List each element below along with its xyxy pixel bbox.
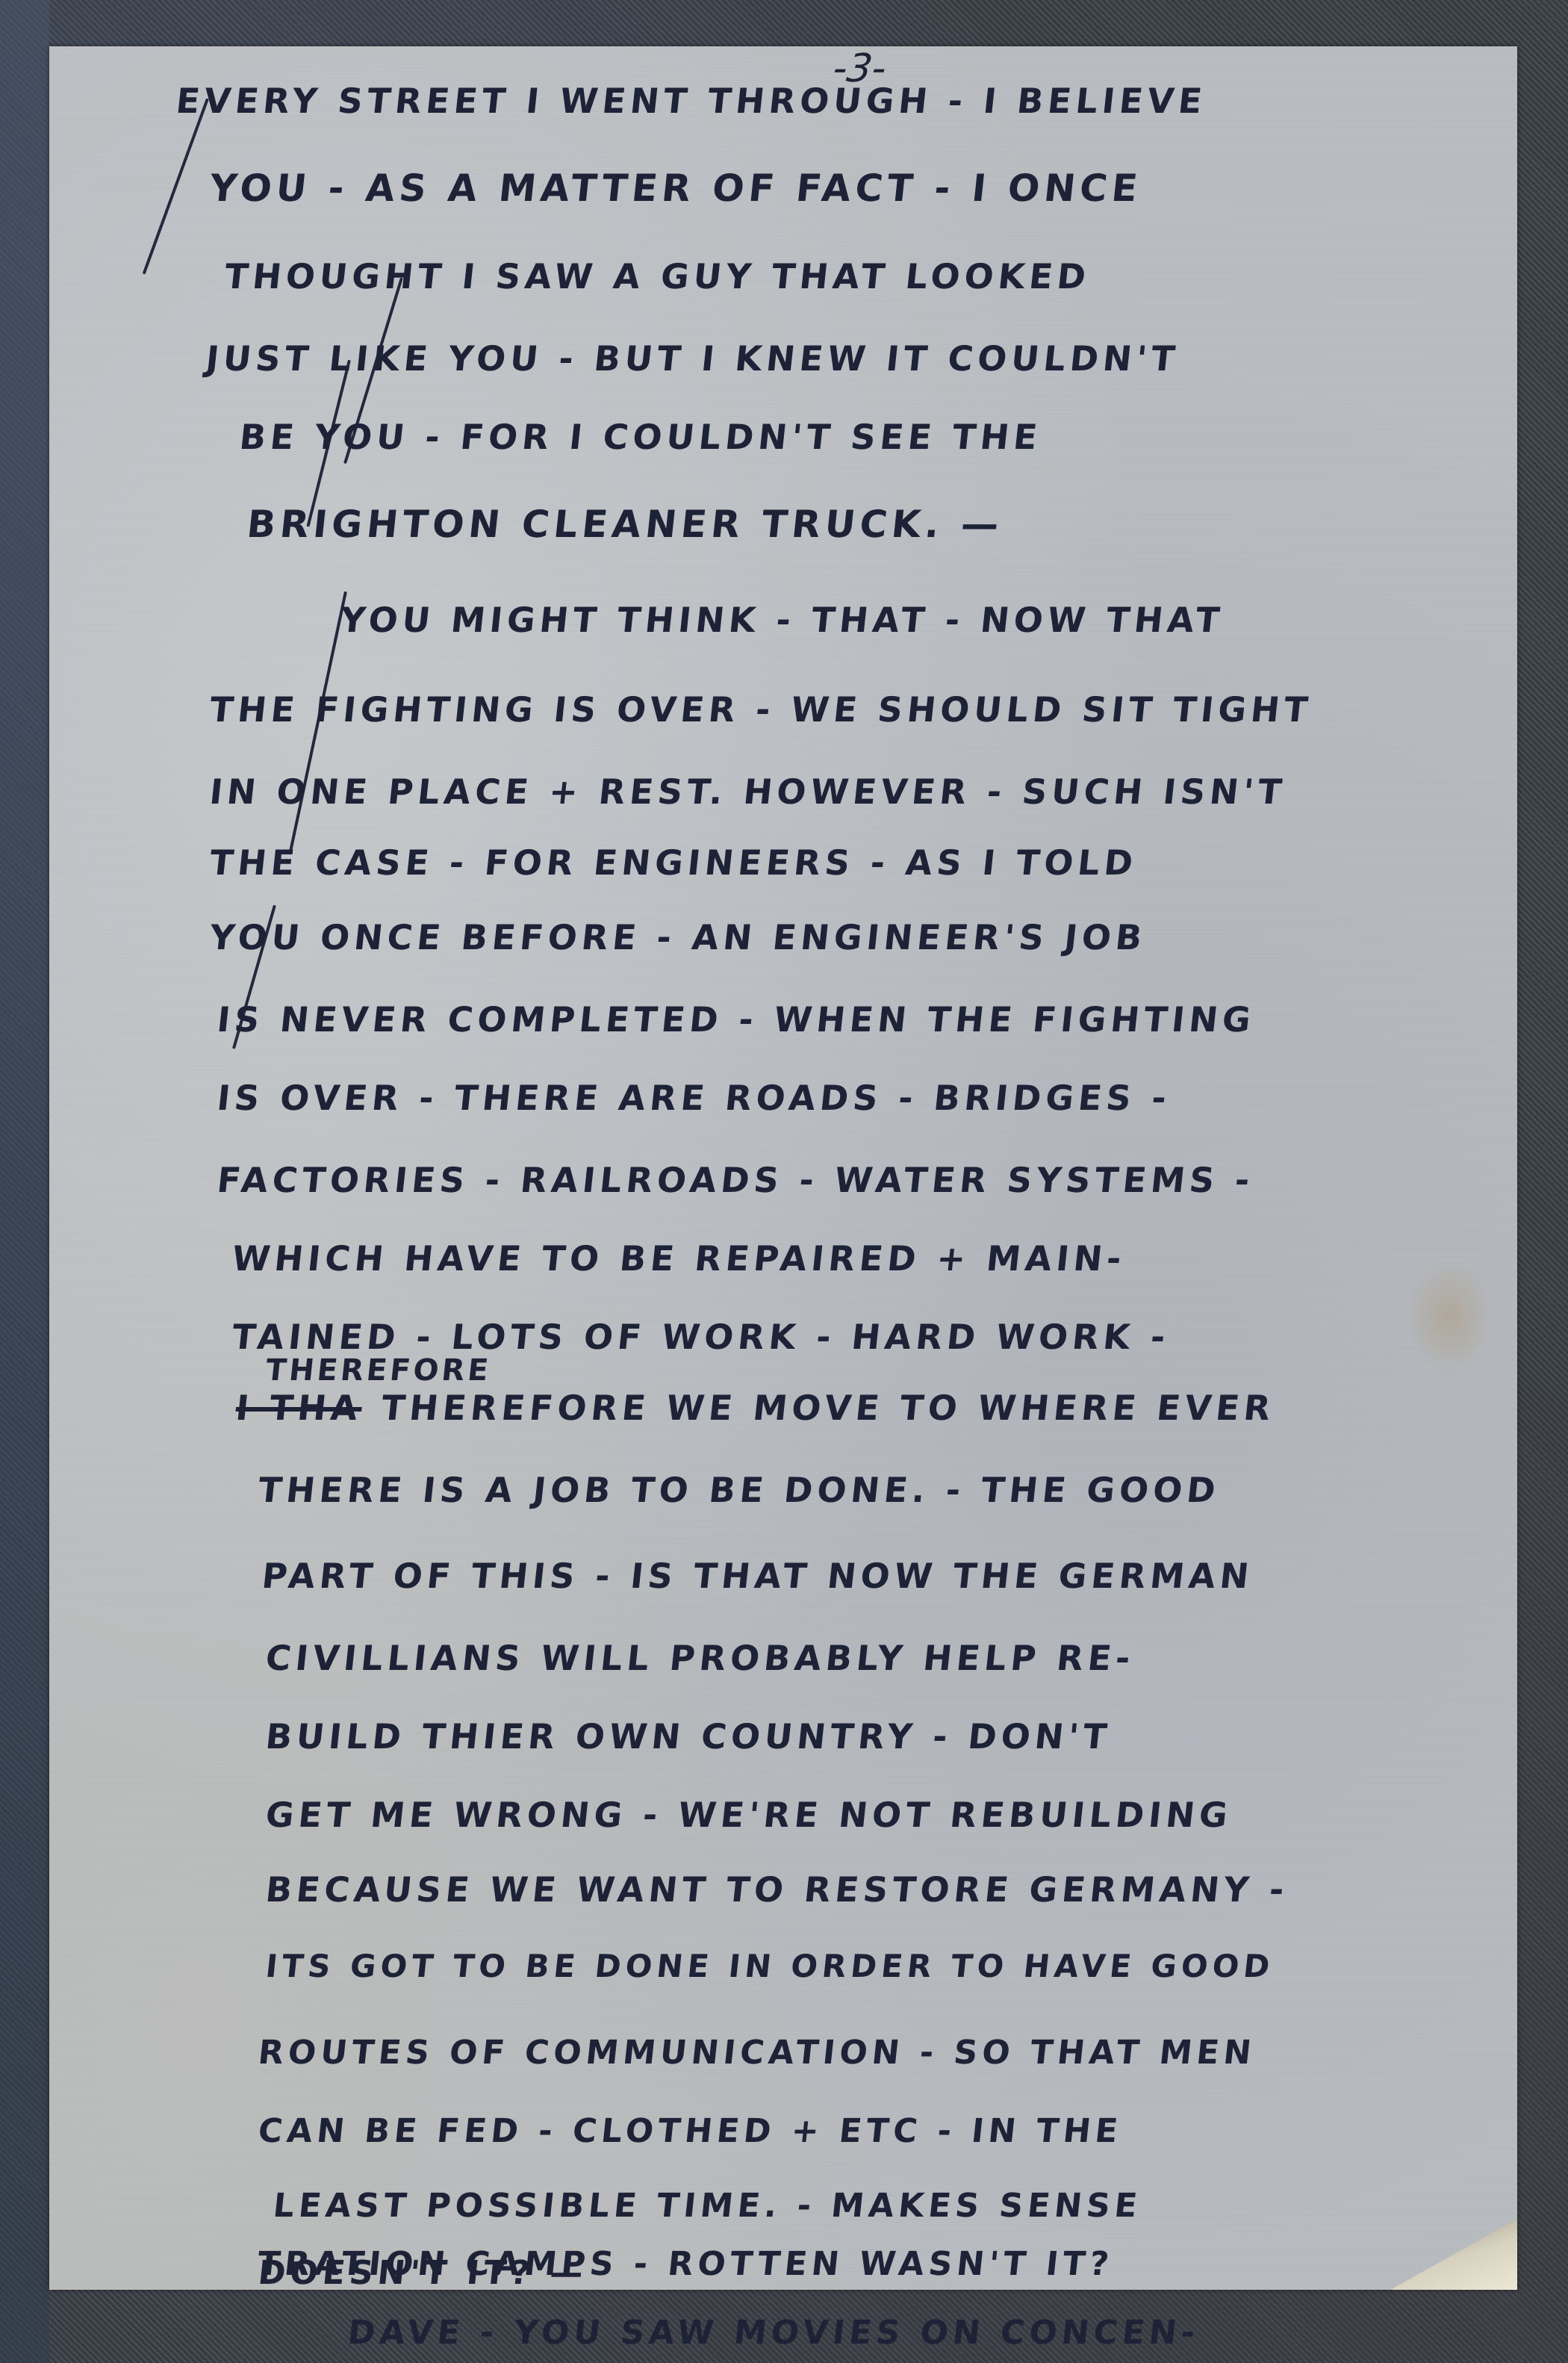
letter-line: BE YOU - FOR I COULDN'T SEE THE [238,420,1044,454]
letter-line: IN ONE PLACE + REST. HOWEVER - SUCH ISN'… [208,774,1288,809]
letter-line: DAVE - YOU SAW MOVIES ON CONCEN- [346,2317,1201,2350]
letter-line: TRATION CAMPS - ROTTEN WASN'T IT? [256,2248,1115,2281]
letter-body: EVERY STREET I WENT THROUGH - I BELIEVE … [49,46,1517,2290]
letter-page: -3- EVERY STREET I WENT THROUGH - I BELI… [49,46,1517,2290]
letter-line: ITS GOT TO BE DONE IN ORDER TO HAVE GOOD [264,1951,1276,1982]
letter-line: LEAST POSSIBLE TIME. - MAKES SENSE [272,2190,1143,2223]
letter-line: WHICH HAVE TO BE REPAIRED + MAIN- [231,1241,1127,1276]
letter-line: THE FIGHTING IS OVER - WE SHOULD SIT TIG… [208,692,1314,727]
letter-line: THEREFORE WE MOVE TO WHERE EVER [380,1391,1277,1425]
letter-line: CIVILLIANS WILL PROBABLY HELP RE- [264,1641,1136,1675]
scan-backdrop-left [0,0,49,2363]
letter-line: BRIGHTON CLEANER TRUCK. — [245,506,1005,543]
letter-line: GET ME WRONG - WE'RE NOT REBUILDING [264,1798,1234,1832]
letter-line: FACTORIES - RAILROADS - WATER SYSTEMS - [216,1163,1256,1197]
letter-line: BECAUSE WE WANT TO RESTORE GERMANY - [264,1872,1290,1907]
letter-line: YOU MIGHT THINK - THAT - NOW THAT [339,603,1226,637]
letter-line: PART OF THIS - IS THAT NOW THE GERMAN [261,1559,1255,1593]
letter-line: IS NEVER COMPLETED - WHEN THE FIGHTING [216,1002,1257,1037]
letter-line: TAINED - LOTS OF WORK - HARD WORK - [231,1320,1172,1354]
letter-line: IS OVER - THERE ARE ROADS - BRIDGES - [216,1081,1173,1115]
letter-line: JUST LIKE YOU - BUT I KNEW IT COULDN'T [205,341,1181,376]
letter-line: BUILD THIER OWN COUNTRY - DON'T [264,1719,1113,1754]
letter-line: YOU ONCE BEFORE - AN ENGINEER'S JOB [208,920,1148,954]
letter-line: YOU - AS A MATTER OF FACT - I ONCE [208,170,1143,207]
struck-text: I THA [234,1388,364,1428]
inserted-word: THEREFORE [264,1353,494,1388]
letter-line: THOUGHT I SAW A GUY THAT LOOKED [223,259,1092,294]
letter-line: EVERY STREET I WENT THROUGH - I BELIEVE [175,84,1208,118]
letter-line: CAN BE FED - CLOTHED + ETC - IN THE [257,2115,1124,2148]
letter-line: I THA [234,1391,364,1425]
letter-line: ROUTES OF COMMUNICATION - SO THAT MEN [257,2037,1257,2069]
letter-line: THERE IS A JOB TO BE DONE. - THE GOOD [257,1473,1222,1507]
letter-line: THE CASE - FOR ENGINEERS - AS I TOLD [208,845,1139,880]
